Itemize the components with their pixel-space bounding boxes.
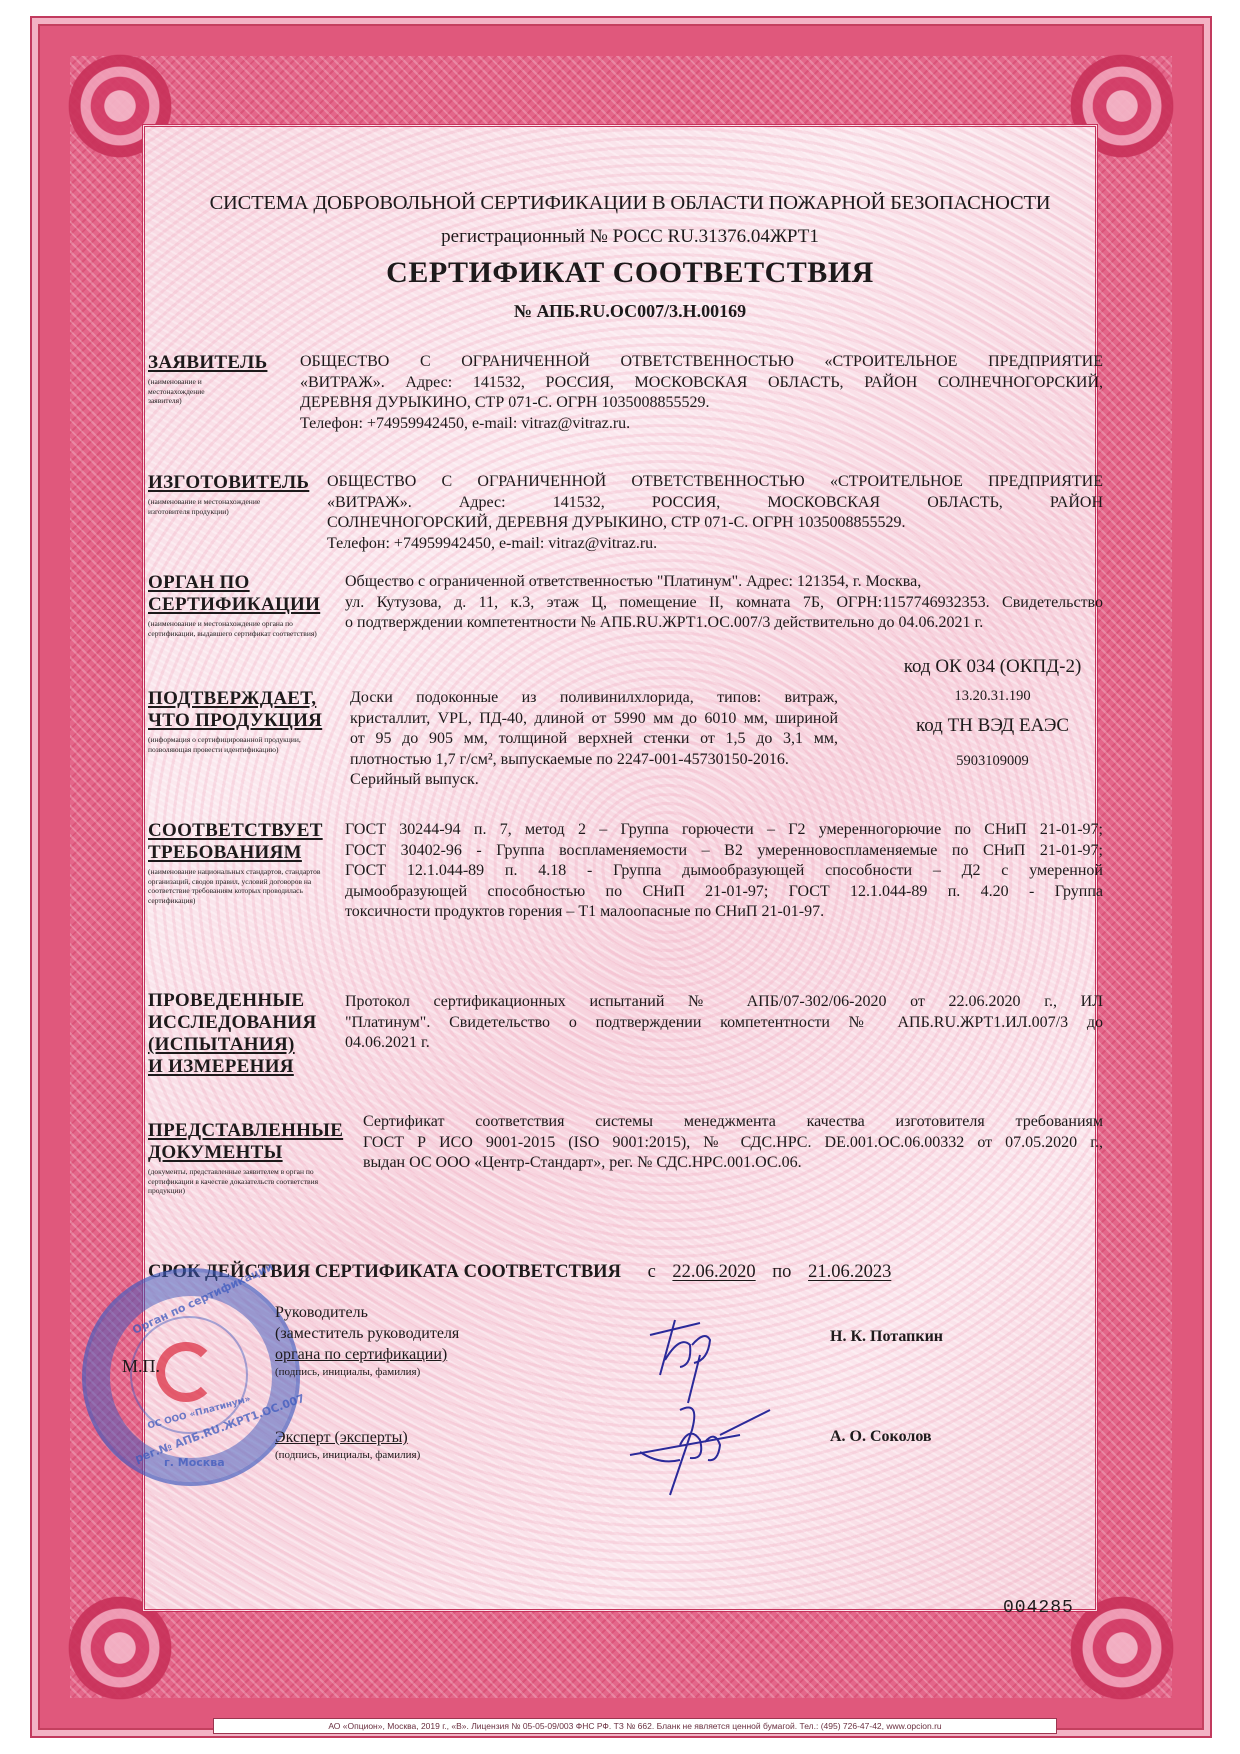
tnved-code-title: код ТН ВЭД ЕАЭС [880, 715, 1105, 737]
certificate-content: СИСТЕМА ДОБРОВОЛЬНОЙ СЕРТИФИКАЦИИ В ОБЛА… [0, 0, 1240, 1754]
product-label: ПОДТВЕРЖДАЕТ, ЧТО ПРОДУКЦИЯ (информация … [148, 688, 333, 754]
certificate-number: № АПБ.RU.ОС007/3.Н.00169 [150, 301, 1110, 322]
expert-signature-icon [620, 1390, 780, 1500]
manufacturer-label: ИЗГОТОВИТЕЛЬ (наименование и местонахожд… [148, 472, 309, 516]
documents-label: ПРЕДСТАВЛЕННЫЕ ДОКУМЕНТЫ (документы, пре… [148, 1120, 343, 1196]
seal-mark: М.П. [122, 1356, 160, 1377]
requirements-label: СООТВЕТСТВУЕТ ТРЕБОВАНИЯМ (наименование … [148, 820, 333, 905]
tests-label: ПРОВЕДЕННЫЕ ИССЛЕДОВАНИЯ (ИСПЫТАНИЯ) И И… [148, 990, 317, 1078]
manufacturer-details: ОБЩЕСТВО С ОГРАНИЧЕННОЙ ОТВЕТСТВЕННОСТЬЮ… [327, 472, 1103, 554]
okpd-code-value: 13.20.31.190 [880, 688, 1105, 705]
expert-signature-label: Эксперт (эксперты) (подпись, инициалы, ф… [275, 1427, 420, 1462]
applicant-label: ЗАЯВИТЕЛЬ (наименование и местонахождени… [148, 352, 267, 406]
certification-system-title: СИСТЕМА ДОБРОВОЛЬНОЙ СЕРТИФИКАЦИИ В ОБЛА… [150, 192, 1110, 215]
product-description: Доски подоконные из поливинилхлорида, ти… [350, 688, 838, 791]
expert-name: А. О. Соколов [830, 1428, 932, 1446]
official-seal: Орган по сертификации рег.№ АПБ.RU.ЖРТ1.… [82, 1268, 300, 1486]
form-serial-number: 004285 [1003, 1598, 1074, 1618]
documents-details: Сертификат соответствия системы менеджме… [363, 1112, 1103, 1174]
head-name: Н. К. Потапкин [830, 1328, 943, 1346]
certification-body-details: Общество с ограниченной ответственностью… [345, 572, 1103, 634]
registration-number: регистрационный № РОСС RU.31376.04ЖРТ1 [150, 226, 1110, 248]
applicant-details: ОБЩЕСТВО С ОГРАНИЧЕННОЙ ОТВЕТСТВЕННОСТЬЮ… [300, 352, 1103, 434]
seal-city-text: г. Москва [164, 1456, 225, 1469]
product-codes: код ОК 034 (ОКПД-2) 13.20.31.190 код ТН … [880, 656, 1105, 770]
tnved-code-value: 5903109009 [880, 753, 1105, 770]
certification-body-label: ОРГАН ПО СЕРТИФИКАЦИИ (наименование и ме… [148, 572, 328, 638]
seal-logo-icon [156, 1342, 216, 1402]
valid-from-date: 22.06.2020 [672, 1262, 755, 1282]
requirements-details: ГОСТ 30244-94 п. 7, метод 2 – Группа гор… [345, 820, 1103, 923]
certificate-title: СЕРТИФИКАТ СООТВЕТСТВИЯ [150, 256, 1110, 290]
valid-to-date: 21.06.2023 [808, 1262, 891, 1282]
printer-footer: АО «Опцион», Москва, 2019 г., «В». Лицен… [213, 1718, 1057, 1734]
head-signature-label: Руководитель (заместитель руководителя о… [275, 1302, 459, 1379]
okpd-code-title: код ОК 034 (ОКПД-2) [880, 656, 1105, 678]
tests-details: Протокол сертификационных испытаний № АП… [345, 992, 1103, 1054]
